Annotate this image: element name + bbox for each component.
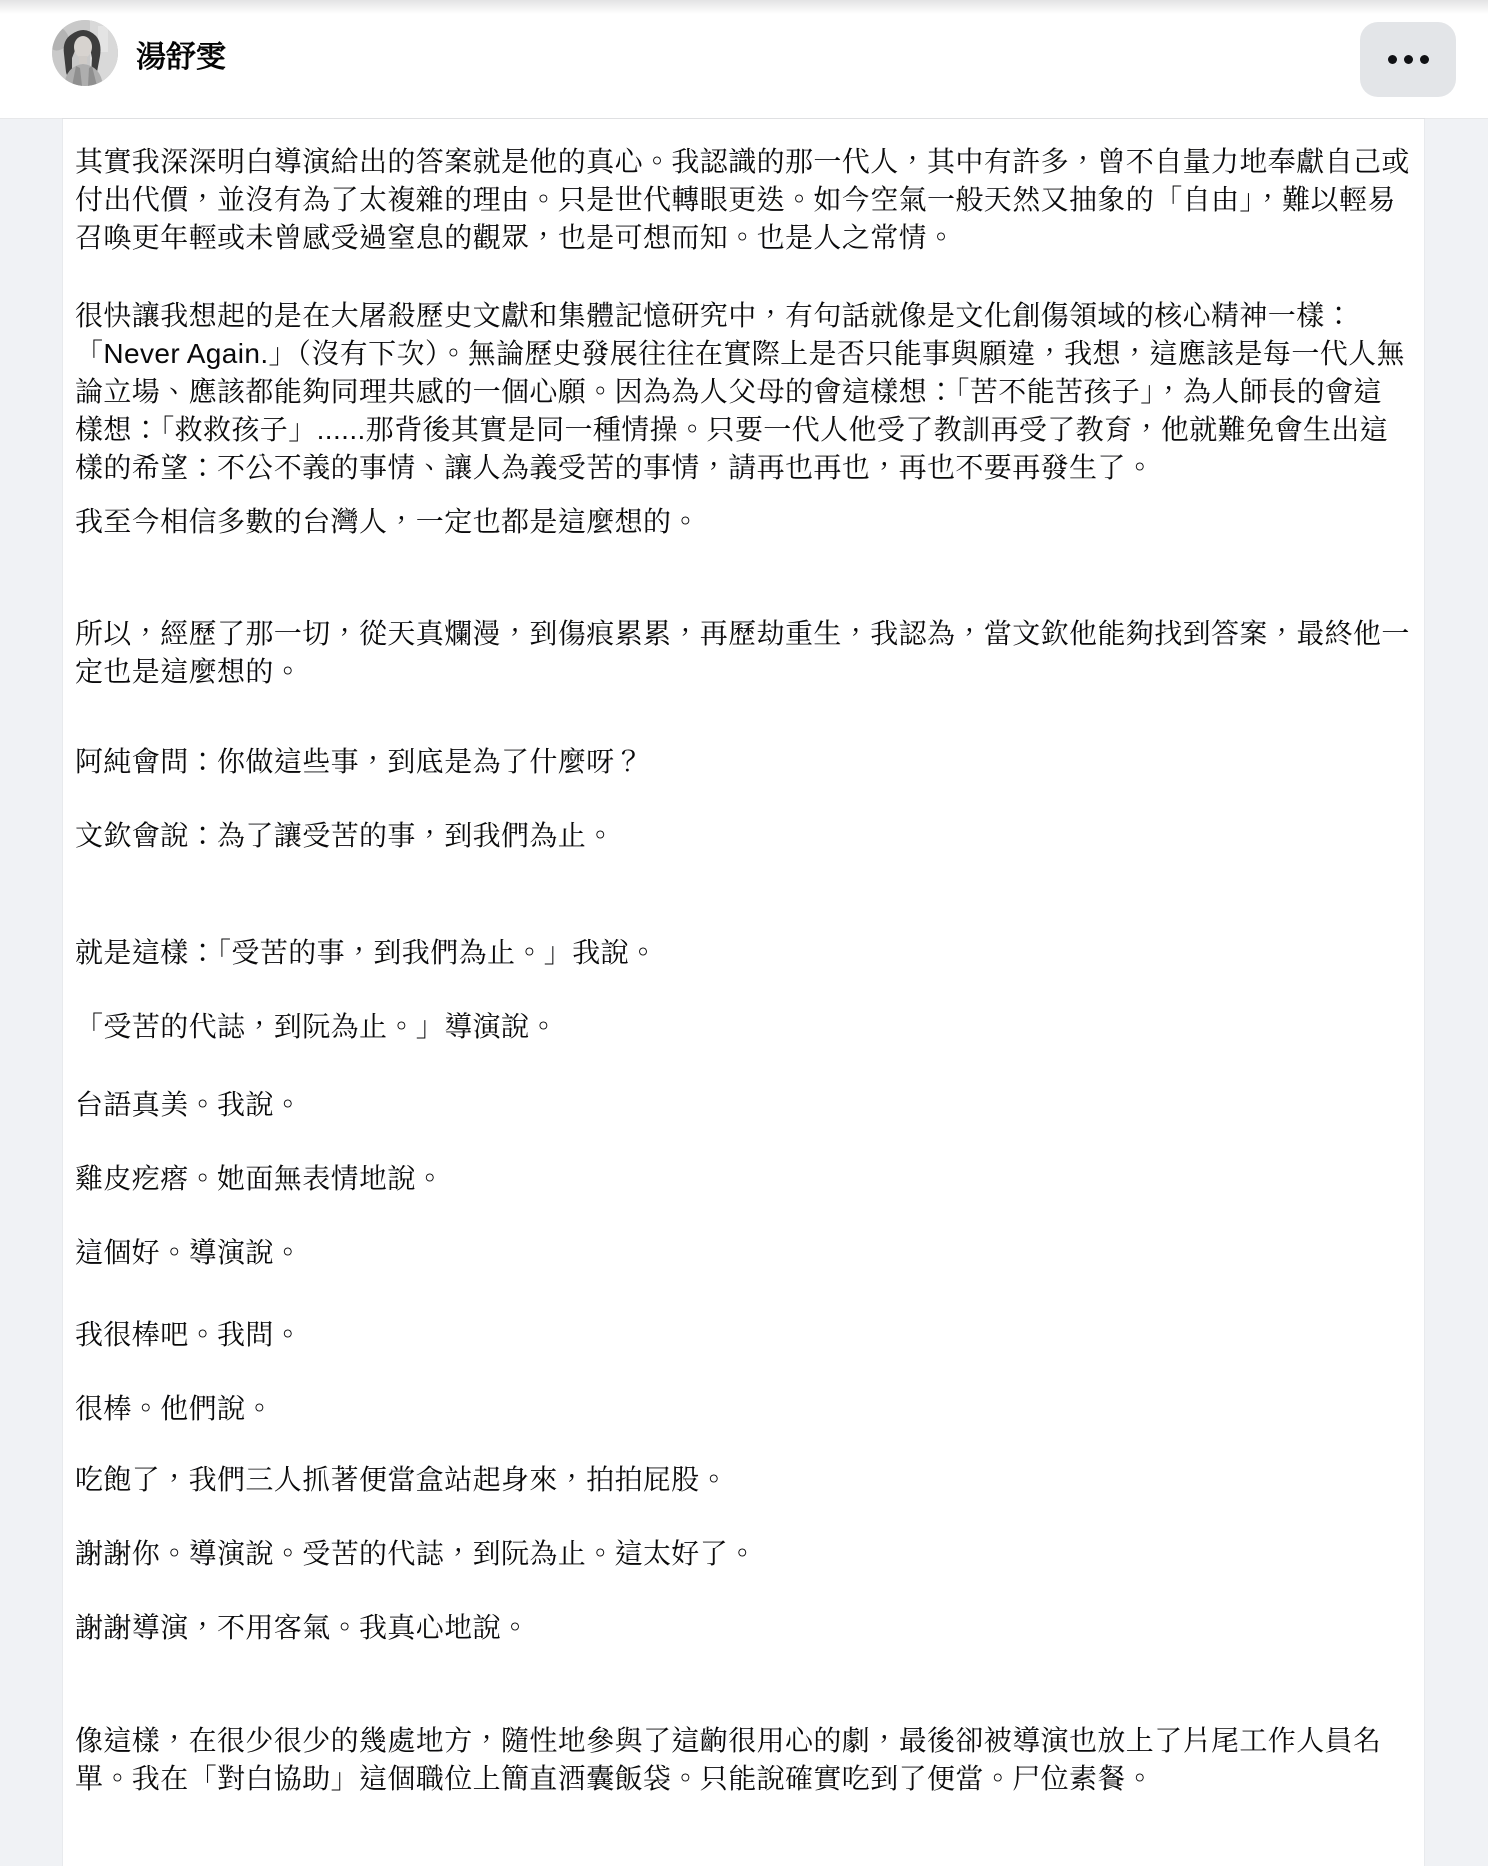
post-paragraph: 「受苦的代誌，到阮為止。」導演說。 xyxy=(75,1008,1410,1046)
post-paragraph: 很棒。他們說。 xyxy=(75,1390,1410,1428)
post-paragraph: 阿純會問：你做這些事，到底是為了什麼呀？ xyxy=(75,743,1410,781)
post-paragraph: 其實我深深明白導演給出的答案就是他的真心。我認識的那一代人，其中有許多，曾不自量… xyxy=(75,143,1410,257)
top-scroll-shadow xyxy=(0,0,1488,14)
avatar[interactable] xyxy=(52,20,118,86)
post-paragraph: 文欽會說：為了讓受苦的事，到我們為止。 xyxy=(75,817,1410,855)
post-paragraph: 我至今相信多數的台灣人，一定也都是這麼想的。 xyxy=(75,503,1410,541)
post-paragraph: 就是這樣：「受苦的事，到我們為止。」我說。 xyxy=(75,934,1410,972)
more-horizontal-icon xyxy=(1404,55,1413,64)
post-paragraph: 台語真美。我說。 xyxy=(75,1086,1410,1124)
avatar-portrait-image xyxy=(52,20,118,86)
more-options-button[interactable] xyxy=(1360,22,1456,97)
post-paragraph: 很快讓我想起的是在大屠殺歷史文獻和集體記憶研究中，有句話就像是文化創傷領域的核心… xyxy=(75,297,1410,487)
post-paragraph: 像這樣，在很少很少的幾處地方，隨性地參與了這齣很用心的劇，最後卻被導演也放上了片… xyxy=(75,1722,1410,1798)
post-paragraph: 雞皮疙瘩。她面無表情地說。 xyxy=(75,1160,1410,1198)
post-paragraph: 我很棒吧。我問。 xyxy=(75,1316,1410,1354)
author-name[interactable]: 湯舒雯 xyxy=(136,38,226,78)
post-paragraph: 這個好。導演說。 xyxy=(75,1234,1410,1272)
post-paragraph: 謝謝導演，不用客氣。我真心地說。 xyxy=(75,1609,1410,1647)
post-body-card: 其實我深深明白導演給出的答案就是他的真心。我認識的那一代人，其中有許多，曾不自量… xyxy=(63,119,1424,1866)
post-page: 湯舒雯 其實我深深明白導演給出的答案就是他的真心。我認識的那一代人，其中有許多，… xyxy=(0,0,1488,1866)
more-horizontal-icon xyxy=(1420,55,1429,64)
post-paragraph: 吃飽了，我們三人抓著便當盒站起身來，拍拍屁股。 xyxy=(75,1461,1410,1499)
more-horizontal-icon xyxy=(1388,55,1397,64)
post-header: 湯舒雯 xyxy=(0,0,1488,119)
post-paragraph: 謝謝你。導演說。受苦的代誌，到阮為止。這太好了。 xyxy=(75,1535,1410,1573)
post-paragraph: 所以，經歷了那一切，從天真爛漫，到傷痕累累，再歷劫重生，我認為，當文欽他能夠找到… xyxy=(75,615,1410,691)
